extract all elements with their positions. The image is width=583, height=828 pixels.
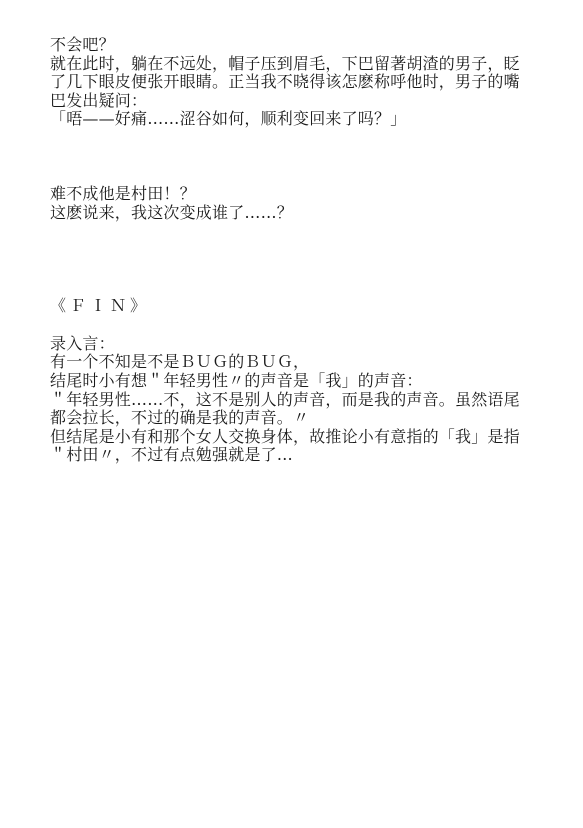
text-line: ＂年轻男性……不，这不是别人的声音，而是我的声音。虽然语尾 bbox=[50, 391, 540, 410]
text-line: 录入言： bbox=[50, 335, 540, 354]
text-line: 「唔——好痛……涩谷如何，顺利变回来了吗？」 bbox=[50, 110, 540, 129]
text-line: 难不成他是村田！？ bbox=[50, 185, 540, 204]
text-line: 了几下眼皮便张开眼睛。正当我不晓得该怎麽称呼他时，男子的嘴 bbox=[50, 73, 540, 92]
text-line: 这麽说来，我这次变成谁了……？ bbox=[50, 204, 540, 223]
text-line: 巴发出疑问： bbox=[50, 92, 540, 111]
fin-marker: 《ＦＩＮ》 bbox=[50, 297, 540, 316]
text-line: ＂村田〃，不过有点勉强就是了… bbox=[50, 446, 540, 465]
story-paragraph-2: 难不成他是村田！？ 这麽说来，我这次变成谁了……？ bbox=[50, 185, 540, 222]
text-line: 都会拉长，不过的确是我的声音。〃 bbox=[50, 409, 540, 428]
text-line: 有一个不知是不是ＢＵＧ的ＢＵＧ， bbox=[50, 353, 540, 372]
text-line: 但结尾是小有和那个女人交换身体，故推论小有意指的「我」是指 bbox=[50, 428, 540, 447]
text-line: 不会吧？ bbox=[50, 36, 540, 55]
spacer bbox=[50, 316, 540, 335]
text-line: 就在此时，躺在不远处，帽子压到眉毛，下巴留著胡渣的男子，眨 bbox=[50, 55, 540, 74]
document-page: 不会吧？ 就在此时，躺在不远处，帽子压到眉毛，下巴留著胡渣的男子，眨 了几下眼皮… bbox=[50, 36, 540, 465]
spacer bbox=[50, 222, 540, 297]
story-paragraph-1: 不会吧？ 就在此时，躺在不远处，帽子压到眉毛，下巴留著胡渣的男子，眨 了几下眼皮… bbox=[50, 36, 540, 129]
spacer bbox=[50, 129, 540, 185]
transcriber-notes: 录入言： 有一个不知是不是ＢＵＧ的ＢＵＧ， 结尾时小有想＂年轻男性〃的声音是「我… bbox=[50, 335, 540, 465]
text-line: 结尾时小有想＂年轻男性〃的声音是「我」的声音： bbox=[50, 372, 540, 391]
